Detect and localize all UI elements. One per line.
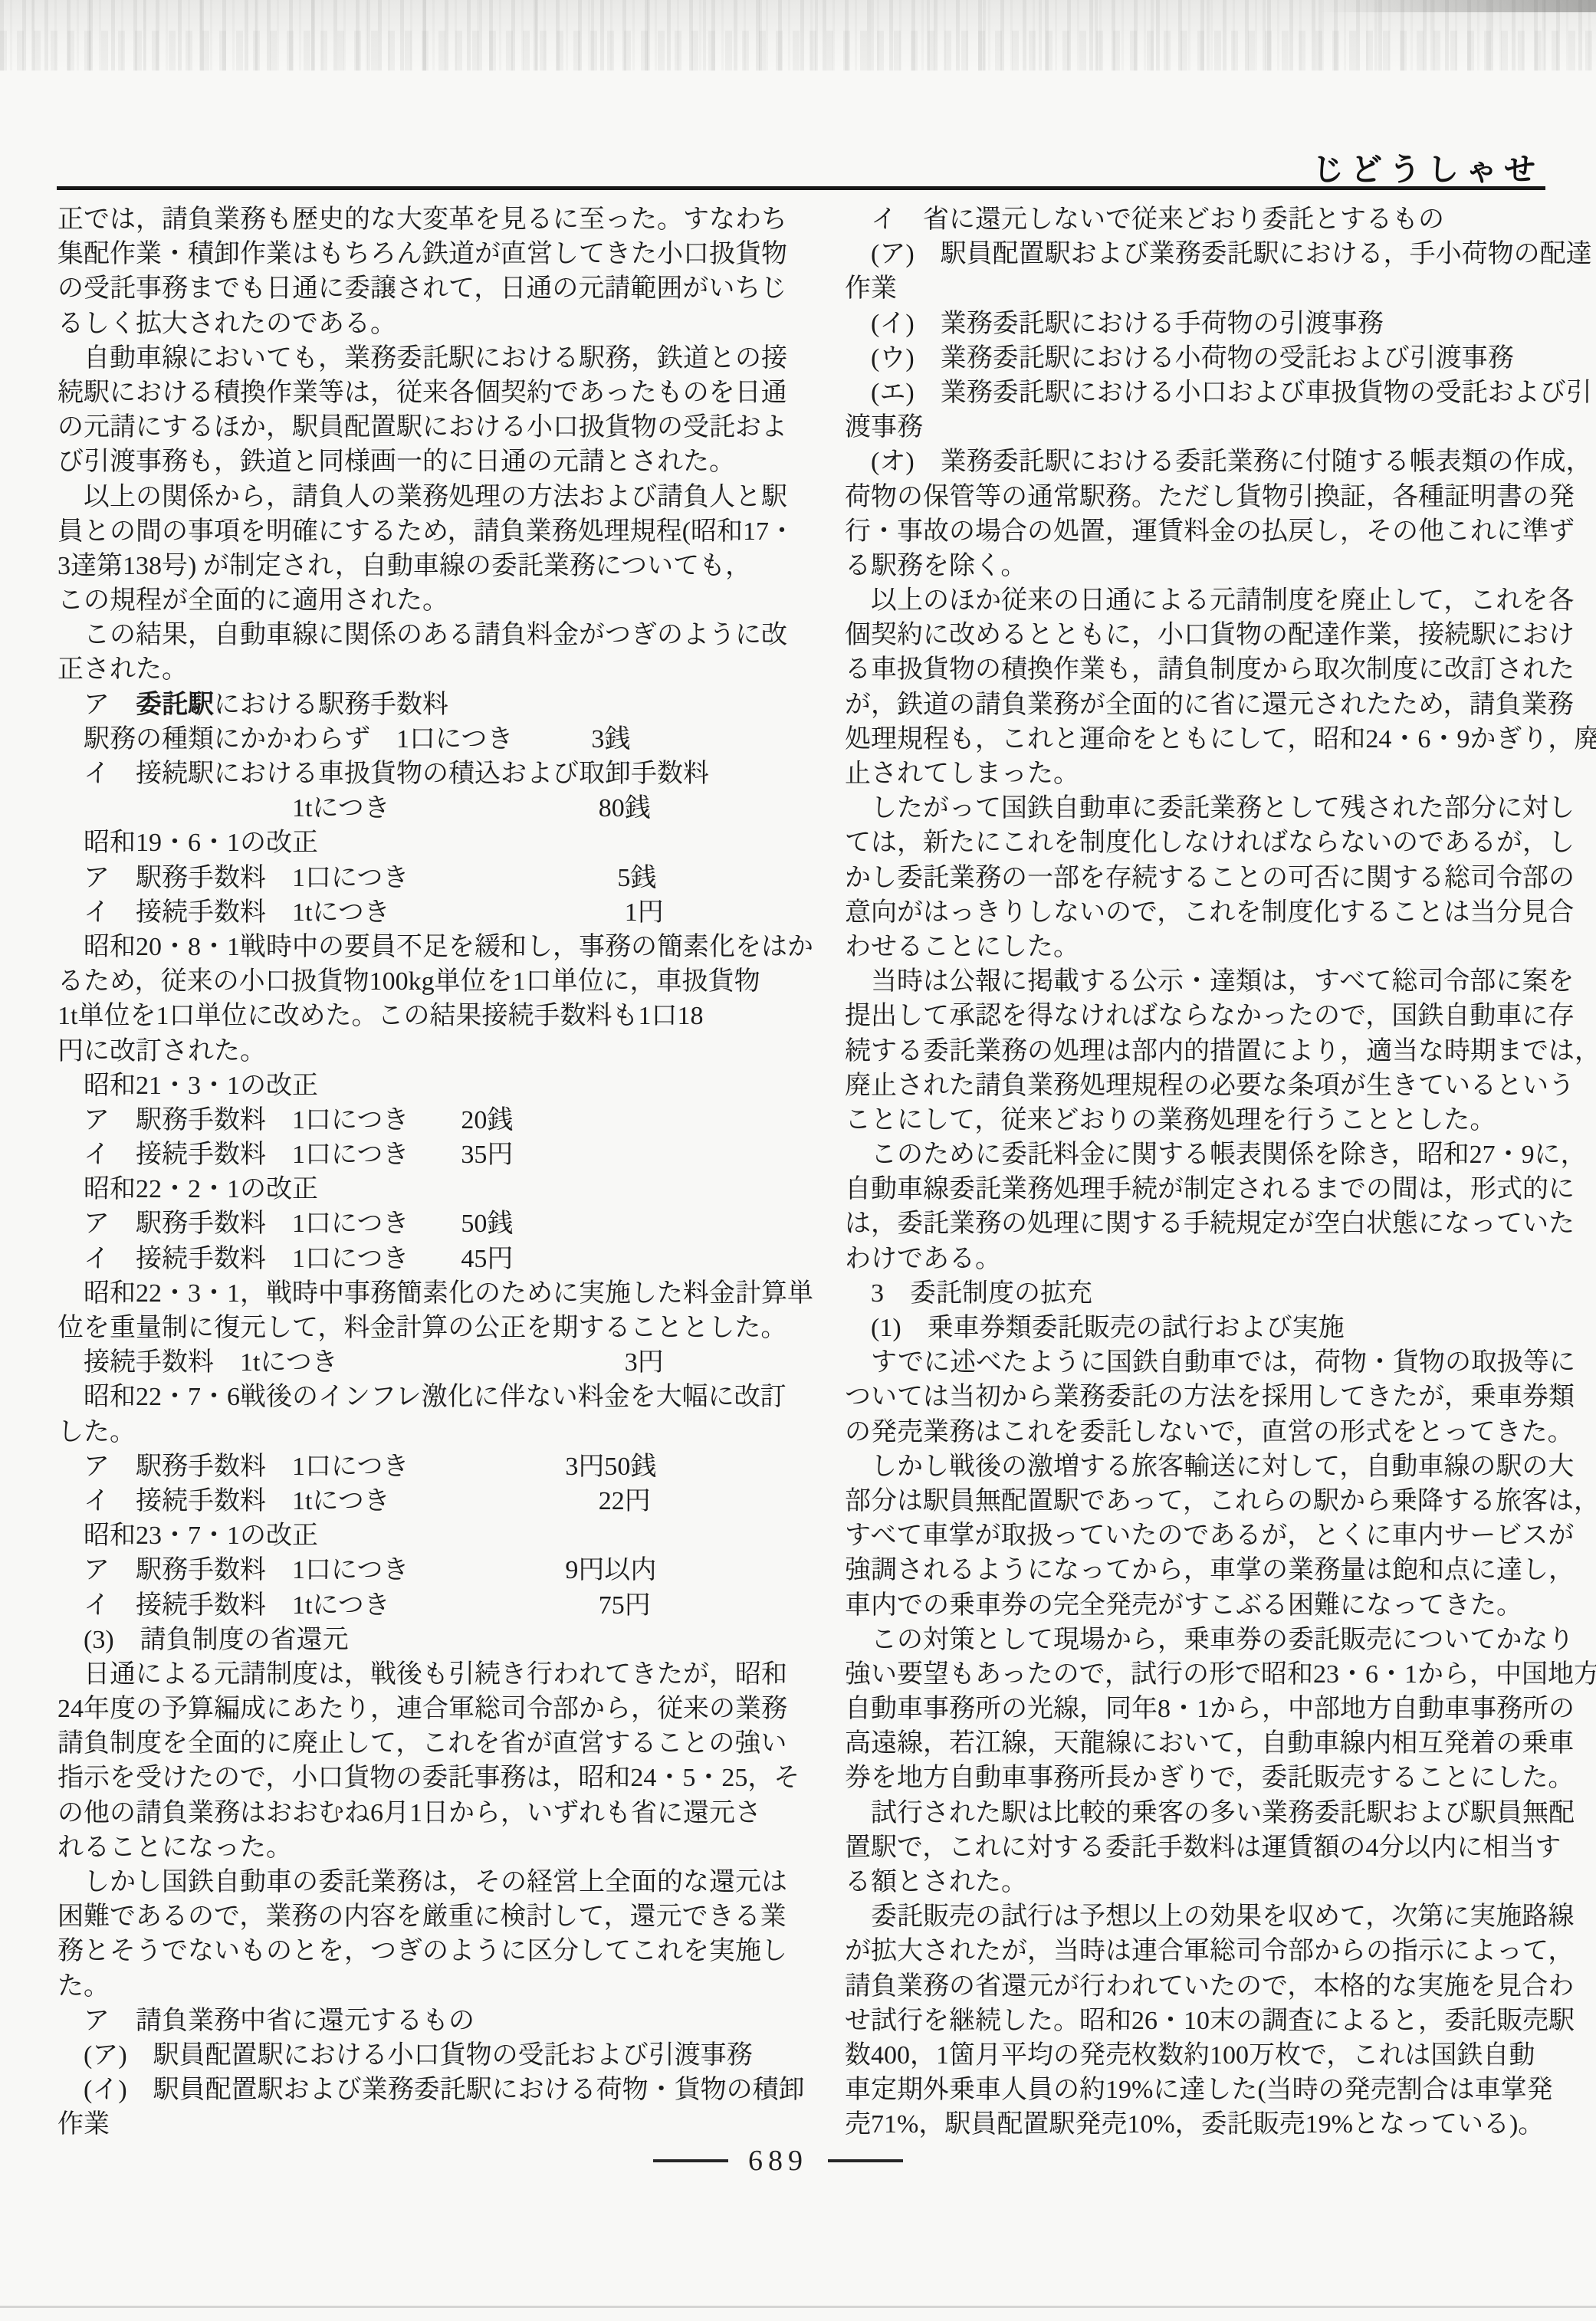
- text-line: 当時は公報に掲載する公示・達類は，すべて総司令部に案を: [845, 964, 1548, 999]
- text-line: び引渡事務も，鉄道と同様画一的に日通の元請とされた。: [57, 445, 800, 479]
- text-line: 自動車事務所の光線，同年8・1から，中部地方自動車事務所の: [845, 1692, 1548, 1726]
- text-line: した。: [57, 1415, 800, 1449]
- text-line: るしく拡大されたのである。: [57, 307, 800, 341]
- text-line: 務とそうでないものとを，つぎのように区分してこれを実施し: [57, 1934, 800, 1968]
- text-line: ア 委託駅における駅務手数料: [57, 688, 800, 722]
- text-line: このために委託料金に関する帳表関係を除き，昭和27・9に，: [845, 1138, 1548, 1172]
- text-line: 1tにつき 80銭: [57, 791, 800, 826]
- text-line: れることになった。: [57, 1830, 800, 1865]
- text-line: この対策として現場から，乗車券の委託販売についてかなり: [845, 1623, 1548, 1657]
- scanned-document-page: { "header": { "running_title": "じどうしゃせ" …: [0, 0, 1596, 2321]
- text-line: せ試行を継続した。昭和26・10末の調査によると，委託販売駅: [845, 2004, 1548, 2038]
- header-rule: [57, 186, 1545, 190]
- text-line: (イ) 業務委託駅における手荷物の引渡事務: [845, 307, 1548, 341]
- text-line: 処理規程も，これと運命をともにして，昭和24・6・9かぎり，廃: [845, 722, 1548, 757]
- text-line: 1t単位を1口単位に改めた。この結果接続手数料も1口18: [57, 999, 800, 1033]
- text-line: 以上の関係から，請負人の業務処理の方法および請負人と駅: [57, 480, 800, 514]
- text-line: 自動車線においても，業務委託駅における駅務，鉄道との接: [57, 341, 800, 376]
- text-line: ては，新たにこれを制度化しなければならないのであるが，し: [845, 826, 1548, 860]
- left-text-column: 正では，請負業務も歴史的な大変革を見るに至った。すなわち集配作業・積卸作業はもち…: [57, 202, 800, 2142]
- text-line: 円に改訂された。: [57, 1034, 800, 1069]
- text-line: 3 委託制度の拡充: [845, 1276, 1548, 1311]
- text-line: (3) 請負制度の省還元: [57, 1623, 800, 1657]
- text-line: 数400，1箇月平均の発売枚数約100万枚で，これは国鉄自動: [845, 2038, 1548, 2073]
- text-line: 高遠線，若江線，天龍線において，自動車線内相互発着の乗車: [845, 1726, 1548, 1761]
- text-line: イ 接続手数料 1口につき 35円: [57, 1138, 800, 1172]
- text-line: 意向がはっきりしないので，これを制度化することは当分見合: [845, 895, 1548, 930]
- text-line: イ 接続手数料 1tにつき 22円: [57, 1484, 800, 1518]
- text-line: 昭和19・6・1の改正: [57, 826, 800, 860]
- text-line: 以上のほか従来の日通による元請制度を廃止して，これを各: [845, 583, 1548, 618]
- text-line: (ア) 駅員配置駅および業務委託駅における，手小荷物の配達: [845, 237, 1548, 271]
- text-line: 接続手数料 1tにつき 3円: [57, 1345, 800, 1380]
- text-line: すでに述べたように国鉄自動車では，荷物・貨物の取扱等に: [845, 1345, 1548, 1380]
- text-line: 正では，請負業務も歴史的な大変革を見るに至った。すなわち: [57, 202, 800, 237]
- text-line: イ 接続駅における車扱貨物の積込および取卸手数料: [57, 757, 800, 791]
- text-line: したがって国鉄自動車に委託業務として残された部分に対し: [845, 791, 1548, 826]
- text-line: 自動車線委託業務処理手続が制定されるまでの間は，形式的に: [845, 1172, 1548, 1206]
- text-line: た。: [57, 1969, 800, 2004]
- page-number-dash-right: [828, 2159, 903, 2162]
- text-line: 昭和20・8・1戦時中の要員不足を緩和し，事務の簡素化をはか: [57, 930, 800, 964]
- emphasized-term: 委託駅: [136, 690, 214, 719]
- text-line: 困難であるので，業務の内容を厳重に検討して，還元できる業: [57, 1899, 800, 1934]
- text-line: (ア) 駅員配置駅における小口貨物の受託および引渡事務: [57, 2038, 800, 2073]
- scan-bottom-edge: [0, 2306, 1596, 2308]
- text-line: この規程が全面的に適用された。: [57, 583, 800, 618]
- text-line: 作業: [57, 2107, 800, 2142]
- text-line: 続駅における積換作業等は，従来各個契約であったものを日通: [57, 376, 800, 410]
- text-line: 強い要望もあったので，試行の形で昭和23・6・1から，中国地方: [845, 1657, 1548, 1692]
- text-line: (ウ) 業務委託駅における小荷物の受託および引渡事務: [845, 341, 1548, 376]
- text-line: る駅務を除く。: [845, 549, 1548, 583]
- text-line: 24年度の予算編成にあたり，連合軍総司令部から，従来の業務: [57, 1692, 800, 1726]
- right-text-column: イ 省に還元しないで従来どおり委託とするもの (ア) 駅員配置駅および業務委託駅…: [845, 202, 1548, 2142]
- text-line: (1) 乗車券類委託販売の試行および実施: [845, 1311, 1548, 1345]
- text-line: ア 請負業務中省に還元するもの: [57, 2004, 800, 2038]
- text-line: 請負制度を全面的に廃止して，これを省が直営することの強い: [57, 1726, 800, 1761]
- text-line: (オ) 業務委託駅における委託業務に付随する帳表類の作成，: [845, 445, 1548, 479]
- text-line: 駅務の種類にかかわらず 1口につき 3銭: [57, 722, 800, 757]
- text-line: 員との間の事項を明確にするため，請負業務処理規程(昭和17・: [57, 514, 800, 549]
- text-line: ア 駅務手数料 1口につき 5銭: [57, 861, 800, 895]
- text-line: 止されてしまった。: [845, 757, 1548, 791]
- text-line: イ 接続手数料 1口につき 45円: [57, 1242, 800, 1276]
- text-line: かし委託業務の一部を存続することの可否に関する総司令部の: [845, 861, 1548, 895]
- text-line: 昭和22・7・6戦後のインフレ激化に伴ない料金を大幅に改訂: [57, 1380, 800, 1414]
- text-line: イ 接続手数料 1tにつき 75円: [57, 1588, 800, 1623]
- text-line: 昭和22・2・1の改正: [57, 1172, 800, 1206]
- text-line: 強調されるようになってから，車掌の業務量は飽和点に達し，: [845, 1553, 1548, 1587]
- running-header-title: じどうしゃせ: [1312, 144, 1542, 189]
- text-line: イ 省に還元しないで従来どおり委託とするもの: [845, 202, 1548, 237]
- text-line: しかし戦後の激増する旅客輸送に対して，自動車線の駅の大: [845, 1449, 1548, 1484]
- text-line: わけである。: [845, 1242, 1548, 1276]
- text-line: 昭和22・3・1，戦時中事務簡素化のために実施した料金計算単: [57, 1276, 800, 1311]
- text-line: が拡大されたが，当時は連合軍総司令部からの指示によって，: [845, 1934, 1548, 1968]
- text-line: る額とされた。: [845, 1865, 1548, 1899]
- text-line: 券を地方自動車事務所長かぎりで，委託販売することにした。: [845, 1761, 1548, 1795]
- text-line: るため，従来の小口扱貨物100kg単位を1口単位に，車扱貨物: [57, 964, 800, 999]
- text-line: ア 駅務手数料 1口につき 20銭: [57, 1103, 800, 1138]
- page-number: 689: [653, 2146, 903, 2175]
- scan-corner-smudge: [1320, 0, 1596, 12]
- text-line: 正された。: [57, 652, 800, 687]
- text-line: 昭和23・7・1の改正: [57, 1518, 800, 1553]
- page-number-dash-left: [653, 2159, 728, 2162]
- text-line: 売71%，駅員配置駅発売10%，委託販売19%となっている)。: [845, 2107, 1548, 2142]
- text-line: 集配作業・積卸作業はもちろん鉄道が直営してきた小口扱貨物: [57, 237, 800, 271]
- text-line: しかし国鉄自動車の委託業務は，その経営上全面的な還元は: [57, 1865, 800, 1899]
- text-line: る車扱貨物の積換作業も，請負制度から取次制度に改訂された: [845, 652, 1548, 687]
- text-line: 続する委託業務の処理は部内的措置により，適当な時期までは，: [845, 1034, 1548, 1069]
- text-line: が，鉄道の請負業務が全面的に省に還元されたため，請負業務: [845, 688, 1548, 722]
- text-line: 作業: [845, 271, 1548, 306]
- text-line: ことにして，従来どおりの業務処理を行うこととした。: [845, 1103, 1548, 1138]
- text-line: 荷物の保管等の通常駅務。ただし貨物引換証，各種証明書の発: [845, 480, 1548, 514]
- page-number-value: 689: [748, 2146, 808, 2175]
- text-line: 置駅で，これに対する委託手数料は運賃額の4分以内に相当す: [845, 1830, 1548, 1865]
- text-line: 車内での乗車券の完全発売がすこぶる困難になってきた。: [845, 1588, 1548, 1623]
- text-line: 委託販売の試行は予想以上の効果を収めて，次第に実施路線: [845, 1899, 1548, 1934]
- text-line: の発売業務はこれを委託しないで，直営の形式をとってきた。: [845, 1415, 1548, 1449]
- text-line: 3達第138号) が制定され，自動車線の委託業務についても，: [57, 549, 800, 583]
- text-line: ついては当初から業務委託の方法を採用してきたが，乗車券類: [845, 1380, 1548, 1414]
- text-line: 渡事務: [845, 410, 1548, 445]
- text-line: の他の請負業務はおおむね6月1日から，いずれも省に還元さ: [57, 1796, 800, 1830]
- text-line: ア 駅務手数料 1口につき 9円以内: [57, 1553, 800, 1587]
- text-line: この結果，自動車線に関係のある請負料金がつぎのように改: [57, 618, 800, 652]
- text-line: ア 駅務手数料 1口につき 3円50銭: [57, 1449, 800, 1484]
- text-line: 車定期外乗車人員の約19%に達した(当時の発売割合は車掌発: [845, 2073, 1548, 2107]
- text-line: 昭和21・3・1の改正: [57, 1069, 800, 1103]
- text-line: 廃止された請負業務処理規程の必要な条項が生きているという: [845, 1069, 1548, 1103]
- text-line: 日通による元請制度は，戦後も引続き行われてきたが，昭和: [57, 1657, 800, 1692]
- text-line: 提出して承認を得なければならなかったので，国鉄自動車に存: [845, 999, 1548, 1033]
- text-line: 部分は駅員無配置駅であって，これらの駅から乗降する旅客は，: [845, 1484, 1548, 1518]
- text-line: イ 接続手数料 1tにつき 1円: [57, 895, 800, 930]
- text-line: 指示を受けたので，小口貨物の委託事務は，昭和24・5・25，そ: [57, 1761, 800, 1795]
- text-line: ア 駅務手数料 1口につき 50銭: [57, 1206, 800, 1241]
- text-line: は，委託業務の処理に関する手続規定が空白状態になっていた: [845, 1206, 1548, 1241]
- text-line: 行・事故の場合の処置，運賃料金の払戻し，その他これに準ず: [845, 514, 1548, 549]
- text-line: の元請にするほか，駅員配置駅における小口扱貨物の受託およ: [57, 410, 800, 445]
- text-line: の受託事務までも日通に委譲されて，日通の元請範囲がいちじ: [57, 271, 800, 306]
- text-line: すべて車掌が取扱っていたのであるが，とくに車内サービスが: [845, 1518, 1548, 1553]
- text-line: (イ) 駅員配置駅および業務委託駅における荷物・貨物の積卸: [57, 2073, 800, 2107]
- text-line: わせることにした。: [845, 930, 1548, 964]
- text-line: 個契約に改めるとともに，小口貨物の配達作業，接続駅におけ: [845, 618, 1548, 652]
- text-line: 請負業務の省還元が行われていたので，本格的な実施を見合わ: [845, 1969, 1548, 2004]
- text-line: 試行された駅は比較的乗客の多い業務委託駅および駅員無配: [845, 1796, 1548, 1830]
- text-line: (エ) 業務委託駅における小口および車扱貨物の受託および引: [845, 376, 1548, 410]
- text-line: 位を重量制に復元して，料金計算の公正を期することとした。: [57, 1311, 800, 1345]
